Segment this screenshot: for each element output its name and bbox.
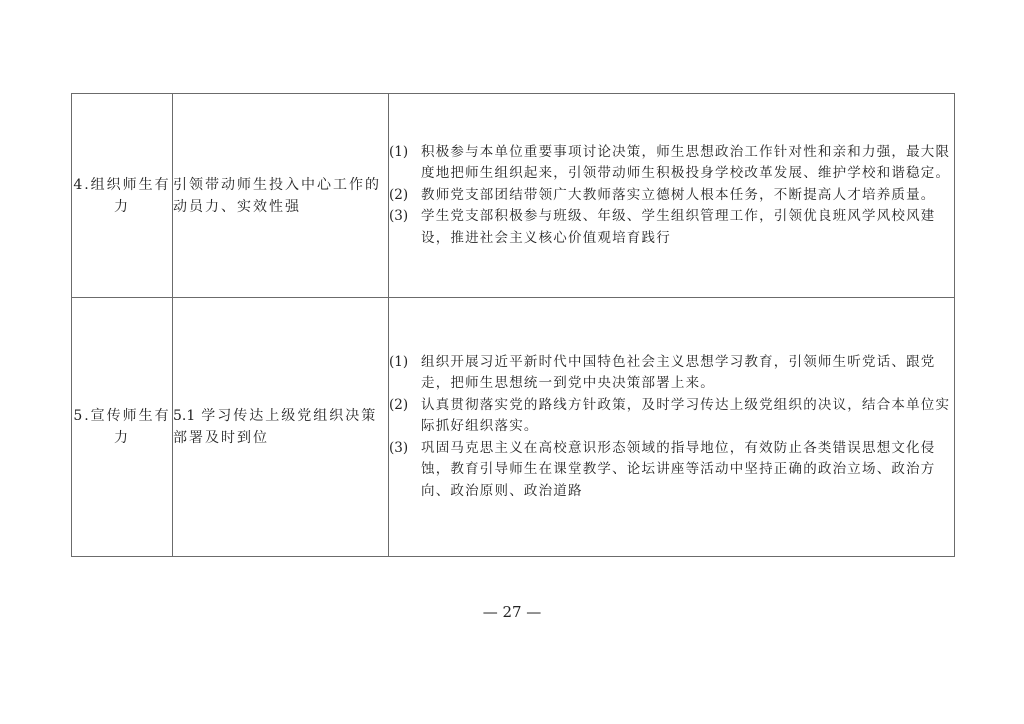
list-item: (2)认真贯彻落实党的路线方针政策，及时学习传达上级党组织的决议，结合本单位实际… <box>389 395 954 438</box>
evaluation-table: 4.组织师生有力 引领带动师生投入中心工作的动员力、实效性强 (1)积极参与本单… <box>71 93 955 557</box>
criterion-text: 学习传达上级党组织决策部署及时到位 <box>173 408 377 446</box>
items-cell: (1)组织开展习近平新时代中国特色社会主义思想学习教育，引领师生听党话、跟党走，… <box>389 298 955 557</box>
criterion-cell: 引领带动师生投入中心工作的动员力、实效性强 <box>173 94 389 298</box>
list-item: (3)学生党支部积极参与班级、年级、学生组织管理工作，引领优良班风学风校风建设，… <box>389 206 954 249</box>
list-item: (2)教师党支部团结带领广大教师落实立德树人根本任务，不断提高人才培养质量。 <box>389 185 954 207</box>
items-cell: (1)积极参与本单位重要事项讨论决策，师生思想政治工作针对性和亲和力强，最大限度… <box>389 94 955 298</box>
criterion-cell: 5.1学习传达上级党组织决策部署及时到位 <box>173 298 389 557</box>
list-item: (1)积极参与本单位重要事项讨论决策，师生思想政治工作针对性和亲和力强，最大限度… <box>389 142 954 185</box>
list-item: (3)巩固马克思主义在高校意识形态领域的指导地位，有效防止各类错误思想文化侵蚀，… <box>389 438 954 503</box>
table-row: 4.组织师生有力 引领带动师生投入中心工作的动员力、实效性强 (1)积极参与本单… <box>72 94 955 298</box>
category-cell: 4.组织师生有力 <box>72 94 173 298</box>
page-number: — 27 — <box>0 603 1024 621</box>
criterion-number: 5.1 <box>173 408 195 424</box>
table-row: 5.宣传师生有力 5.1学习传达上级党组织决策部署及时到位 (1)组织开展习近平… <box>72 298 955 557</box>
list-item: (1)组织开展习近平新时代中国特色社会主义思想学习教育，引领师生听党话、跟党走，… <box>389 352 954 395</box>
category-cell: 5.宣传师生有力 <box>72 298 173 557</box>
